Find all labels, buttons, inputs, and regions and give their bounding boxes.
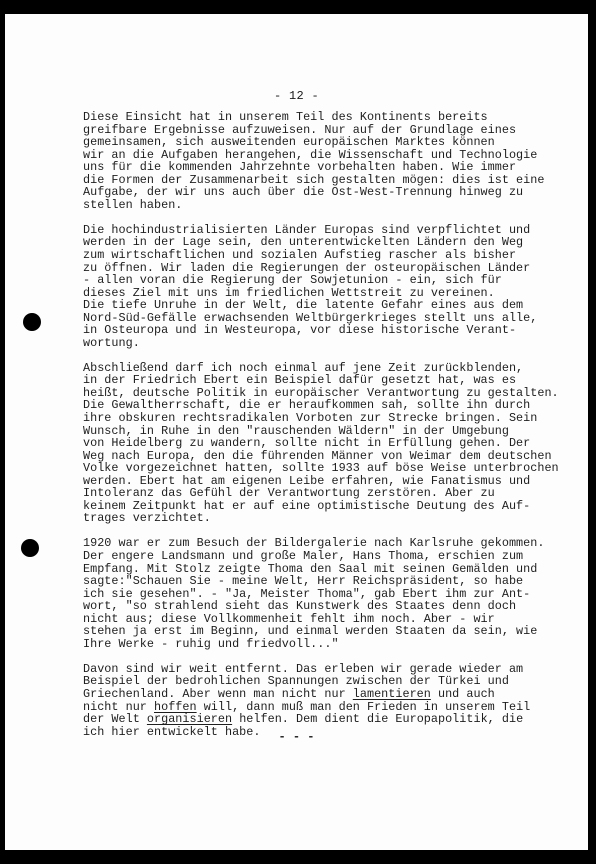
text-line: - allen voran die Regierung der Sowjetun… [83,274,583,287]
paragraph-5: Davon sind wir weit entfernt. Das erlebe… [83,663,583,738]
text-run: helfen. Dem dient die Europapolitik, die [232,712,523,726]
paragraph-4: 1920 war er zum Besuch der Bildergalerie… [83,537,583,650]
text-line: Der engere Landsmann und große Maler, Ha… [83,550,583,563]
text-line: stehen ja erst im Beginn, und einmal wer… [83,625,583,638]
document-page: - 12 - Diese Einsicht hat in unserem Tei… [5,14,588,850]
text-line: Ihre Werke - ruhig und friedvoll..." [83,638,583,651]
text-line: stellen haben. [83,199,583,212]
closing-mark: - - - [5,730,588,744]
text-line: Die tiefe Unruhe in der Welt, die latent… [83,299,583,312]
paragraph-2: Die hochindustrialisierten Länder Europa… [83,224,583,349]
text-line: Aufgabe, der wir uns auch über die Ost-W… [83,186,583,199]
text-line: sagte:"Schauen Sie - meine Welt, Herr Re… [83,575,583,588]
punch-hole-bottom [21,539,39,557]
text-line: Intoleranz das Gefühl der Verantwortung … [83,487,583,500]
text-line: Diese Einsicht hat in unserem Teil des K… [83,111,583,124]
body-text: Diese Einsicht hat in unserem Teil des K… [83,111,583,751]
text-line: gemeinsamen, sich ausweitenden europäisc… [83,136,583,149]
text-line: trages verzichtet. [83,512,583,525]
paragraph-1: Diese Einsicht hat in unserem Teil des K… [83,111,583,211]
text-line: uns für die kommenden Jahrzehnte vorbeha… [83,161,583,174]
text-line: ihre obskuren rechtsradikalen Vorboten z… [83,412,583,425]
text-line: in Osteuropa und in Westeuropa, vor dies… [83,324,583,337]
text-line: von Heidelberg zu wandern, sollte nicht … [83,437,583,450]
text-line: zum wirtschaftlichen und sozialen Aufsti… [83,249,583,262]
punch-hole-top [23,313,41,331]
text-line: wort, "so strahlend sieht das Kunstwerk … [83,600,583,613]
text-line: Volke vorgezeichnet hatten, sollte 1933 … [83,462,583,475]
page-number: - 12 - [5,89,588,103]
paragraph-3: Abschließend darf ich noch einmal auf je… [83,362,583,525]
text-line: wortung. [83,337,583,350]
